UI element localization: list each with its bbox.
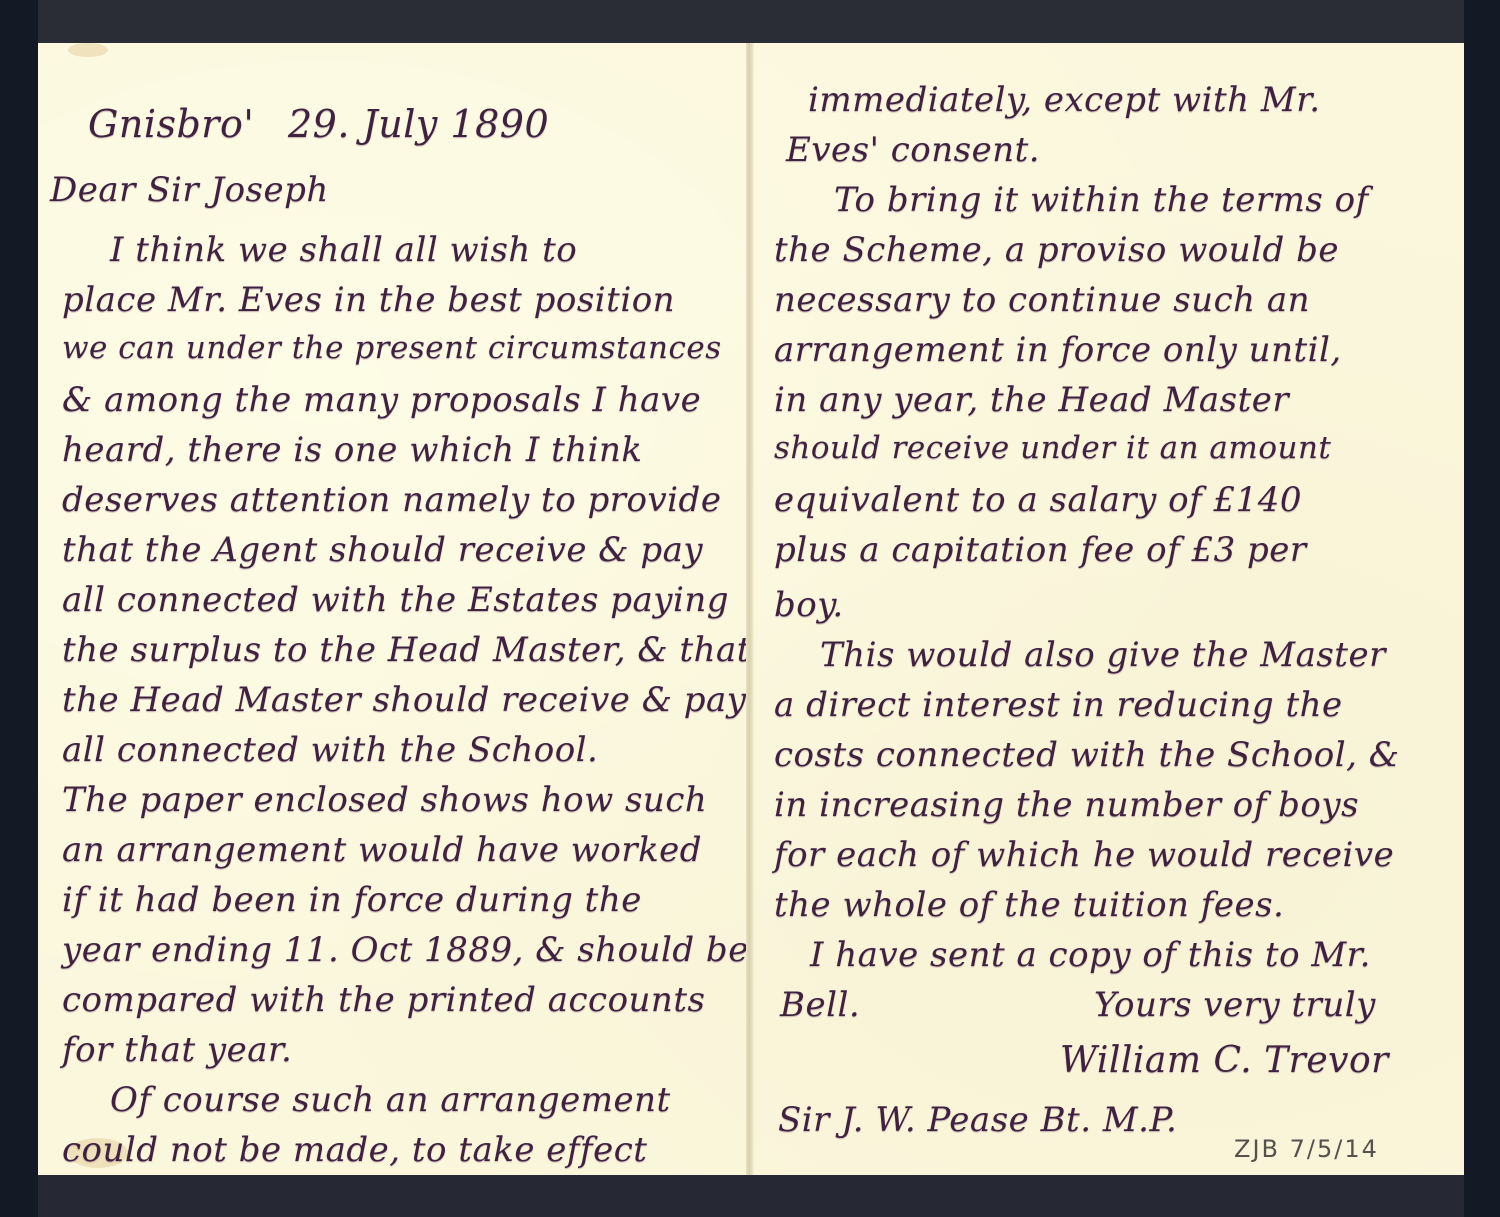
letter-line: immediately, except with Mr. [808, 83, 1321, 117]
letter-line: a direct interest in reducing the [774, 688, 1343, 722]
letter-line: Eves' consent. [786, 133, 1040, 167]
scan-background-bottom [38, 1175, 1464, 1217]
letter-line: all connected with the School. [62, 733, 598, 767]
scan-background-left [0, 0, 38, 1217]
letter-line: the Head Master should receive & pay [62, 683, 747, 717]
letter-line: This would also give the Master [820, 638, 1386, 672]
letter-closing: Yours very truly [1094, 988, 1376, 1022]
letter-line: & among the many proposals I have [62, 383, 701, 417]
letter-paper: Gnisbro' 29. July 1890 Dear Sir Joseph I… [38, 43, 1464, 1175]
scan-background-right [1464, 0, 1500, 1217]
letter-line: compared with the printed accounts [62, 983, 705, 1017]
letter-line: if it had been in force during the [62, 883, 642, 917]
letter-line: I think we shall all wish to [110, 233, 577, 267]
letter-line: costs connected with the School, & [774, 738, 1399, 772]
left-page: Gnisbro' 29. July 1890 Dear Sir Joseph I… [38, 43, 746, 1175]
letter-line: an arrangement would have worked [62, 833, 702, 867]
letter-line: for each of which he would receive [774, 838, 1394, 872]
letter-line: equivalent to a salary of £140 [774, 483, 1302, 517]
letter-line: we can under the present circumstances [62, 333, 722, 364]
letter-line: Bell. [780, 988, 860, 1022]
letter-line: the whole of the tuition fees. [774, 888, 1284, 922]
letter-line: Of course such an arrangement [110, 1083, 671, 1117]
salutation: Dear Sir Joseph [50, 173, 329, 207]
letter-line: year ending 11. Oct 1889, & should be [62, 933, 749, 967]
letter-addressee: Sir J. W. Pease Bt. M.P. [778, 1103, 1177, 1137]
letter-line: The paper enclosed shows how such [62, 783, 707, 817]
letter-line: could not be made, to take effect [62, 1133, 647, 1167]
letter-date: 29. July 1890 [288, 105, 549, 143]
letter-line: necessary to continue such an [774, 283, 1310, 317]
letter-line: heard, there is one which I think [62, 433, 643, 467]
letter-line: for that year. [62, 1033, 292, 1067]
letter-place: Gnisbro' [88, 105, 254, 143]
right-page: immediately, except with Mr. Eves' conse… [754, 43, 1464, 1175]
letter-line: place Mr. Eves in the best position [62, 283, 675, 317]
letter-line: deserves attention namely to provide [62, 483, 721, 517]
scan-background-top [38, 0, 1464, 43]
letter-line: arrangement in force only until, [774, 333, 1342, 367]
letter-line: that the Agent should receive & pay [62, 533, 703, 567]
letter-line: boy. [774, 588, 844, 622]
letter-line: To bring it within the terms of [834, 183, 1369, 217]
letter-line: in any year, the Head Master [774, 383, 1289, 417]
letter-line: the surplus to the Head Master, & that [62, 633, 751, 667]
letter-signature: William C. Trevor [1060, 1043, 1389, 1079]
letter-line: all connected with the Estates paying [62, 583, 729, 617]
letter-line: in increasing the number of boys [774, 788, 1359, 822]
letter-line: I have sent a copy of this to Mr. [810, 938, 1371, 972]
page-fold [746, 43, 754, 1175]
letter-line: plus a capitation fee of £3 per [774, 533, 1307, 567]
letter-line: the Scheme, a proviso would be [774, 233, 1339, 267]
letter-line: should receive under it an amount [774, 433, 1331, 464]
pencil-annotation: ZJB 7/5/14 [1234, 1135, 1379, 1163]
